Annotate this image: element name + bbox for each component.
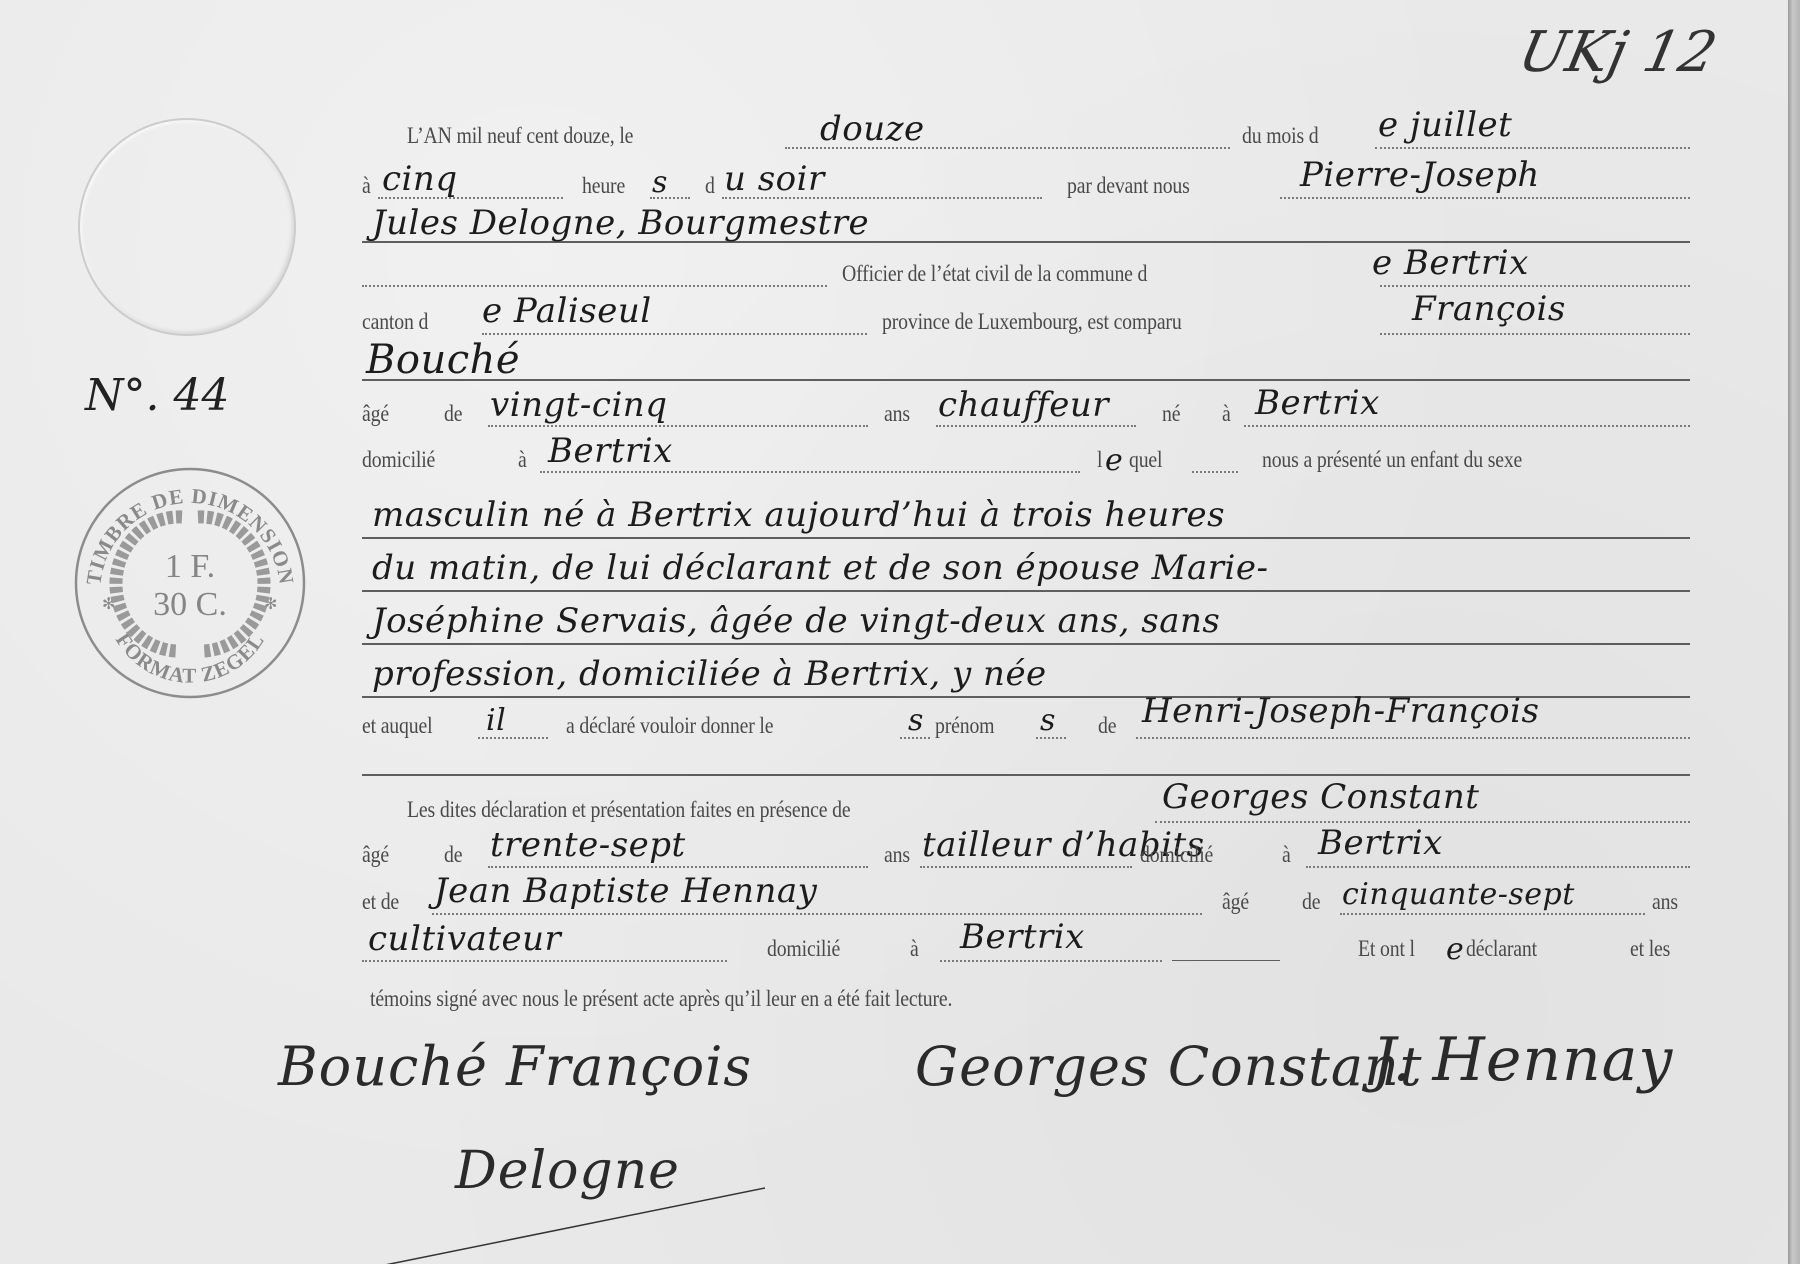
label-age3: âgé — [1222, 890, 1249, 913]
field-declarant-birthplace: Bertrix — [1255, 386, 1380, 420]
field-line — [1244, 425, 1690, 427]
field-line — [362, 590, 1690, 592]
field-line — [432, 913, 1202, 915]
child-line-3: Joséphine Servais, âgée de vingt-deux an… — [372, 604, 1220, 638]
field-witness1-name: Georges Constant — [1162, 780, 1479, 814]
stamp-bottom-text: FORMAT ZEGEL — [111, 628, 269, 687]
field-witness1-age: trente-sept — [490, 828, 686, 862]
field-officer-first: Pierre-Joseph — [1300, 158, 1540, 192]
field-line — [1380, 333, 1690, 335]
label-de4: de — [1302, 890, 1320, 913]
label-a: à — [362, 174, 371, 197]
field-witness2-age: cinquante-sept — [1342, 880, 1575, 910]
label-ans3: ans — [1652, 890, 1678, 913]
svg-text:FORMAT ZEGEL: FORMAT ZEGEL — [111, 628, 269, 687]
field-line — [1375, 147, 1690, 149]
stamp-value-centimes: 30 C. — [153, 586, 227, 623]
field-line — [362, 537, 1690, 539]
signature-flourish — [380, 1180, 780, 1264]
field-auquel-pronoun: il — [486, 706, 506, 736]
field-line — [1280, 197, 1690, 199]
field-witness2-profession: cultivateur — [368, 922, 561, 956]
label-officier: Officier de l’état civil de la commune d — [842, 262, 1147, 285]
field-line — [362, 774, 1690, 776]
label-temoins: témoins signé avec nous le présent acte … — [370, 987, 952, 1010]
label-et-de: et de — [362, 890, 399, 913]
field-line — [540, 471, 1080, 473]
label-a3: à — [518, 448, 527, 471]
field-time-of-day: u soir — [724, 162, 825, 196]
field-hour: cinq — [382, 162, 458, 196]
label-declarant: déclarant — [1466, 937, 1537, 960]
signature-witness2: J. Hennay — [1372, 1030, 1673, 1090]
revenue-stamp: TIMBRE DE DIMENSION FORMAT ZEGEL ✻ ✻ 1 F… — [72, 465, 308, 701]
field-line — [1380, 285, 1690, 287]
label-a2: à — [1222, 402, 1231, 425]
label-presente: nous a présenté un enfant du sexe — [1262, 448, 1522, 471]
label-hour: heure — [582, 174, 625, 197]
label-domicilie: domicilié — [362, 448, 435, 471]
field-child-names: Henri-Joseph-François — [1142, 694, 1539, 728]
field-line — [362, 643, 1690, 645]
label-canton: canton d — [362, 310, 428, 333]
label-age: âgé — [362, 402, 389, 425]
field-witness2-domicile: Bertrix — [960, 920, 1085, 954]
label-et-auquel: et auquel — [362, 714, 432, 737]
child-line-2: du matin, de lui déclarant et de son épo… — [372, 551, 1269, 585]
label-ans2: ans — [884, 843, 910, 866]
field-line — [1172, 960, 1280, 961]
field-line — [482, 333, 867, 335]
field-canton: e Paliseul — [482, 294, 652, 328]
field-line — [1136, 737, 1690, 739]
label-ne: né — [1162, 402, 1180, 425]
label-prenom: prénom — [935, 714, 994, 737]
field-line — [920, 866, 1132, 868]
label-declare-vouloir: a déclaré vouloir donner le — [566, 714, 773, 737]
field-witness2-name: Jean Baptiste Hennay — [434, 874, 817, 908]
label-de3: de — [444, 843, 462, 866]
signature-declarant: Bouché François — [278, 1040, 752, 1094]
embossed-seal — [78, 118, 296, 336]
field-declarant-last: Bouché — [366, 340, 520, 380]
label-age2: âgé — [362, 843, 389, 866]
page-edge — [1788, 0, 1800, 1264]
field-line — [650, 197, 690, 199]
field-hour-plural: s — [652, 168, 668, 198]
field-commune: e Bertrix — [1372, 246, 1529, 280]
field-line — [488, 866, 868, 868]
label-a4: à — [1282, 843, 1291, 866]
label-les-dites: Les dites déclaration et présentation fa… — [407, 798, 850, 821]
document-page: UKj 12 N°. 44 TIMBRE DE DIMENSION FORMAT… — [0, 0, 1788, 1264]
field-line — [1192, 471, 1238, 473]
field-line — [722, 197, 1042, 199]
label-et-les: et les — [1630, 937, 1670, 960]
label-d: d — [705, 174, 715, 197]
child-line-4: profession, domiciliée à Bertrix, y née — [372, 657, 1047, 691]
label-ans: ans — [884, 402, 910, 425]
field-declarant-profession: chauffeur — [938, 388, 1109, 422]
label-de: de — [444, 402, 462, 425]
label-et-ont: Et ont l — [1358, 937, 1415, 960]
field-line — [940, 960, 1162, 962]
label-month: du mois d — [1242, 124, 1318, 147]
field-declarant-first: François — [1412, 292, 1566, 326]
field-line — [936, 425, 1136, 427]
field-month: e juillet — [1378, 108, 1512, 142]
signature-witness1: Georges Constant — [915, 1040, 1423, 1094]
field-line — [1036, 737, 1066, 739]
field-line — [362, 285, 827, 287]
field-names-article: s — [908, 706, 924, 736]
child-line-1: masculin né à Bertrix aujourd’hui à troi… — [372, 498, 1225, 532]
label-year: L’AN mil neuf cent douze, le — [407, 124, 633, 147]
label-de2: de — [1098, 714, 1116, 737]
field-line — [1340, 913, 1645, 915]
act-number: N°. 44 — [85, 370, 229, 421]
field-day: douze — [820, 112, 925, 146]
field-line — [478, 737, 548, 739]
label-l: l — [1097, 448, 1102, 471]
label-quel: quel — [1129, 448, 1162, 471]
field-witness1-domicile: Bertrix — [1318, 826, 1443, 860]
field-line — [362, 960, 727, 962]
field-line — [1306, 866, 1690, 868]
corner-annotation: UKj 12 — [1513, 20, 1722, 85]
label-domicilie3: domicilié — [767, 937, 840, 960]
field-declarant-domicile: Bertrix — [548, 434, 673, 468]
field-line — [362, 379, 1690, 381]
stamp-value-francs: 1 F. — [165, 548, 215, 585]
field-line — [900, 737, 930, 739]
field-declarant-age: vingt-cinq — [490, 388, 667, 422]
field-declarant-article: e — [1446, 935, 1464, 965]
label-domicilie2: domicilié — [1140, 843, 1213, 866]
field-officer-rest: Jules Delogne, Bourgmestre — [372, 206, 869, 240]
field-line — [488, 425, 868, 427]
label-province: province de Luxembourg, est comparu — [882, 310, 1182, 333]
label-par-devant: par devant nous — [1067, 174, 1190, 197]
field-lequel-e: e — [1105, 446, 1123, 476]
field-names-plural: s — [1040, 706, 1056, 736]
label-a5: à — [910, 937, 919, 960]
